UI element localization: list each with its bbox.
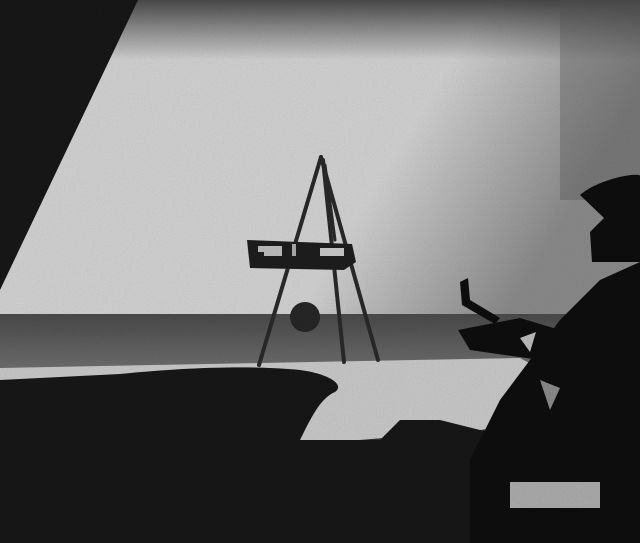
machinery-highlight	[510, 482, 600, 508]
sky-right-shade	[560, 0, 640, 200]
photograph	[0, 0, 640, 543]
hanging-sphere	[290, 302, 320, 332]
platform	[247, 240, 356, 270]
